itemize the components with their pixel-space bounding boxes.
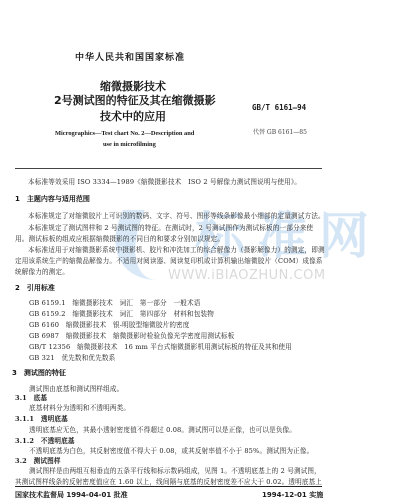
section-1-paragraph-3-line-1: 本标准适用于对缩微摄影系统中摄影机、胶片和冲洗加工的综合解像力（摄影解像力）的测… bbox=[28, 244, 325, 254]
section-3-1-heading: 3.1 底基 bbox=[15, 392, 47, 402]
national-standard-label: 中华人民共和国国家标准 bbox=[75, 50, 185, 63]
section-3-1-1-heading: 3.1.1 透明底基 bbox=[15, 413, 68, 423]
intro-paragraph: 本标准等效采用 ISO 3334—1989《缩微摄影技术 ISO 2 号解像力测… bbox=[28, 176, 301, 186]
replaces-standard: 代替 GB 6161—85 bbox=[253, 127, 307, 136]
section-2-heading: 2 引用标准 bbox=[15, 283, 55, 293]
section-1-paragraph-2-line-2: 用。测试标板的组成应根据缩微摄影的不同目的和要求分别加以规定。 bbox=[15, 233, 224, 243]
english-title-line-1: Micrographics—Test chart No. 2—Descripti… bbox=[55, 130, 194, 137]
reference-item: GB 6159.1 缩微摄影技术 词汇 第一部分 一般术语 bbox=[29, 297, 201, 307]
section-3-2-paragraph-line-2: 其测试图样线条的反射密度值应在 1.60 以上，线间隔与底基的反射密度差不应大于… bbox=[15, 476, 322, 486]
footer-divider bbox=[15, 486, 322, 487]
footer-implementation: 1994-12-01 实施 bbox=[262, 490, 323, 500]
footer-approval: 国家技术监督局 1994-04-01 批准 bbox=[15, 490, 128, 500]
section-1-paragraph-1: 本标准规定了对缩微胶片上可识别的数码、文字、符号、图形等线条影像最小细部的定量测… bbox=[28, 210, 325, 220]
section-3-heading: 3 测试图的特征 bbox=[12, 368, 66, 378]
title-line-3: 技术中的应用 bbox=[100, 108, 166, 124]
reference-item: GB 321 优先数和优先数系 bbox=[29, 352, 115, 362]
reference-item: GB/T 12356 缩微摄影技术 16 mm 平台式缩微摄影机用测试标板的特征… bbox=[29, 341, 292, 351]
section-1-paragraph-3-line-3: 统解像力的测定。 bbox=[15, 266, 69, 276]
reference-item: GB 6987 缩微摄影技术 缩微摄影时检验负像光学密度用测试标板 bbox=[29, 330, 234, 340]
reference-item: GB 6159.2 缩微摄影技术 词汇 第四部分 材料和包装物 bbox=[29, 308, 214, 318]
standard-number: GB/T 6161—94 bbox=[252, 103, 306, 112]
header-divider bbox=[15, 168, 322, 169]
section-3-1-1-paragraph: 透明底基应无色，其最小透射密度值不得超过 0.08。测试图可以是正像，也可以是负… bbox=[29, 424, 296, 434]
section-1-paragraph-3-line-2: 定用该系统生产的缩微品解像力。不适用对阅读器、阅读复印机或计算机输出缩微胶片（C… bbox=[15, 255, 323, 265]
section-3-1-paragraph: 底基材料分为透明和不透明两类。 bbox=[29, 402, 130, 412]
title-line-2: 2号测试图的特征及其在缩微摄影 bbox=[54, 92, 216, 108]
section-3-1-2-paragraph: 不透明底基为白色，其反射密度值不得大于 0.08，或其反射率值不小于 85%。测… bbox=[29, 445, 313, 455]
section-1-heading: 1 主题内容与适用范围 bbox=[15, 194, 90, 204]
section-1-paragraph-2-line-1: 本标准规定了测试图样和 2 号测试图的特征。在测试时，2 号测试图作为测试标板的… bbox=[28, 222, 313, 232]
section-3-2-heading: 3.2 测试图样 bbox=[15, 455, 61, 465]
english-title-line-2: use in microfilming bbox=[103, 141, 156, 148]
section-3-1-2-heading: 3.1.2 不透明底基 bbox=[15, 435, 75, 445]
section-3-2-paragraph-line-1: 测试图样是由两组互相垂直的五条平行线和标示数码组成，见图 1。不透明底基上的 2… bbox=[29, 465, 321, 475]
watermark-url: WWW.iBIAOZHUN.COM bbox=[168, 268, 326, 283]
reference-item: GB 6160 缩微摄影技术 银-明胶型缩微胶片的密度 bbox=[29, 319, 190, 329]
